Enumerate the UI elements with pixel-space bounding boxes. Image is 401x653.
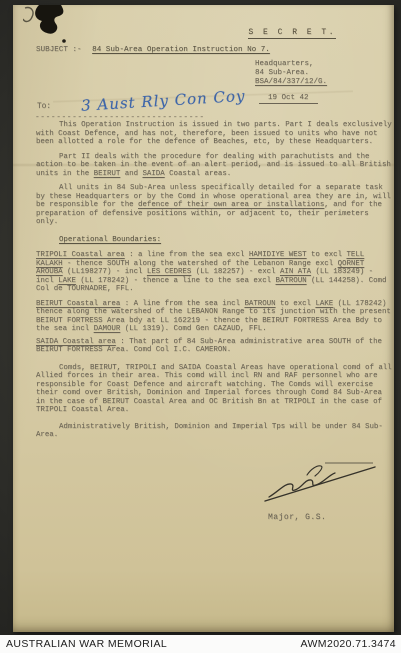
addressee-line: To: 3 Aust Rly Con Coy <box>37 103 51 111</box>
paragraph: Part II deals with the procedure for dea… <box>36 153 392 179</box>
pencil-mark <box>23 8 33 22</box>
letterhead-line: Headquarters, <box>255 60 327 69</box>
handwritten-addressee: 3 Aust Rly Con Coy <box>81 85 272 115</box>
footer-accession: AWM2020.71.3474 <box>300 638 396 650</box>
signoff-rank: Major, G.S. <box>268 513 326 522</box>
photo-frame: S E C R E T. SUBJECT :- 84 Sub-Area Oper… <box>0 0 401 653</box>
boundary-paragraph: SAIDA Coastal area : That part of 84 Sub… <box>36 338 392 355</box>
footer-institution: AUSTRALIAN WAR MEMORIAL <box>6 638 167 650</box>
section-heading: Operational Boundaries: <box>59 236 161 245</box>
torn-hole-mark <box>23 5 83 47</box>
boundary-paragraph: BEIRUT Coastal area : A line from the se… <box>36 300 392 334</box>
closing-paragraph: Administratively British, Dominion and I… <box>36 423 392 440</box>
to-label: To: <box>37 103 51 111</box>
boundary-paragraph: TRIPOLI Coastal area : a line from the s… <box>36 251 392 294</box>
subject-text: 84 Sub-Area Operation Instruction No 7. <box>92 46 270 54</box>
letterhead-line: 84 Sub-Area. <box>255 69 327 78</box>
paragraph: This Operation Instruction is issued in … <box>36 121 392 147</box>
document-page: S E C R E T. SUBJECT :- 84 Sub-Area Oper… <box>13 5 394 632</box>
subject-label: SUBJECT :- <box>36 46 82 54</box>
signature-scribble <box>255 457 380 505</box>
document-body: This Operation Instruction is issued in … <box>36 121 392 440</box>
subject-line: SUBJECT :- 84 Sub-Area Operation Instruc… <box>36 46 270 54</box>
closing-paragraph: Comds, BEIRUT, TRIPOLI and SAIDA Coastal… <box>36 364 392 415</box>
paragraph: All units in 84 Sub-Area unless specific… <box>36 184 392 227</box>
classification-stamp: S E C R E T. <box>248 28 336 39</box>
letterhead: Headquarters, 84 Sub-Area. BSA/84/337/12… <box>255 60 327 87</box>
awm-footer: AUSTRALIAN WAR MEMORIAL AWM2020.71.3474 <box>0 635 401 653</box>
